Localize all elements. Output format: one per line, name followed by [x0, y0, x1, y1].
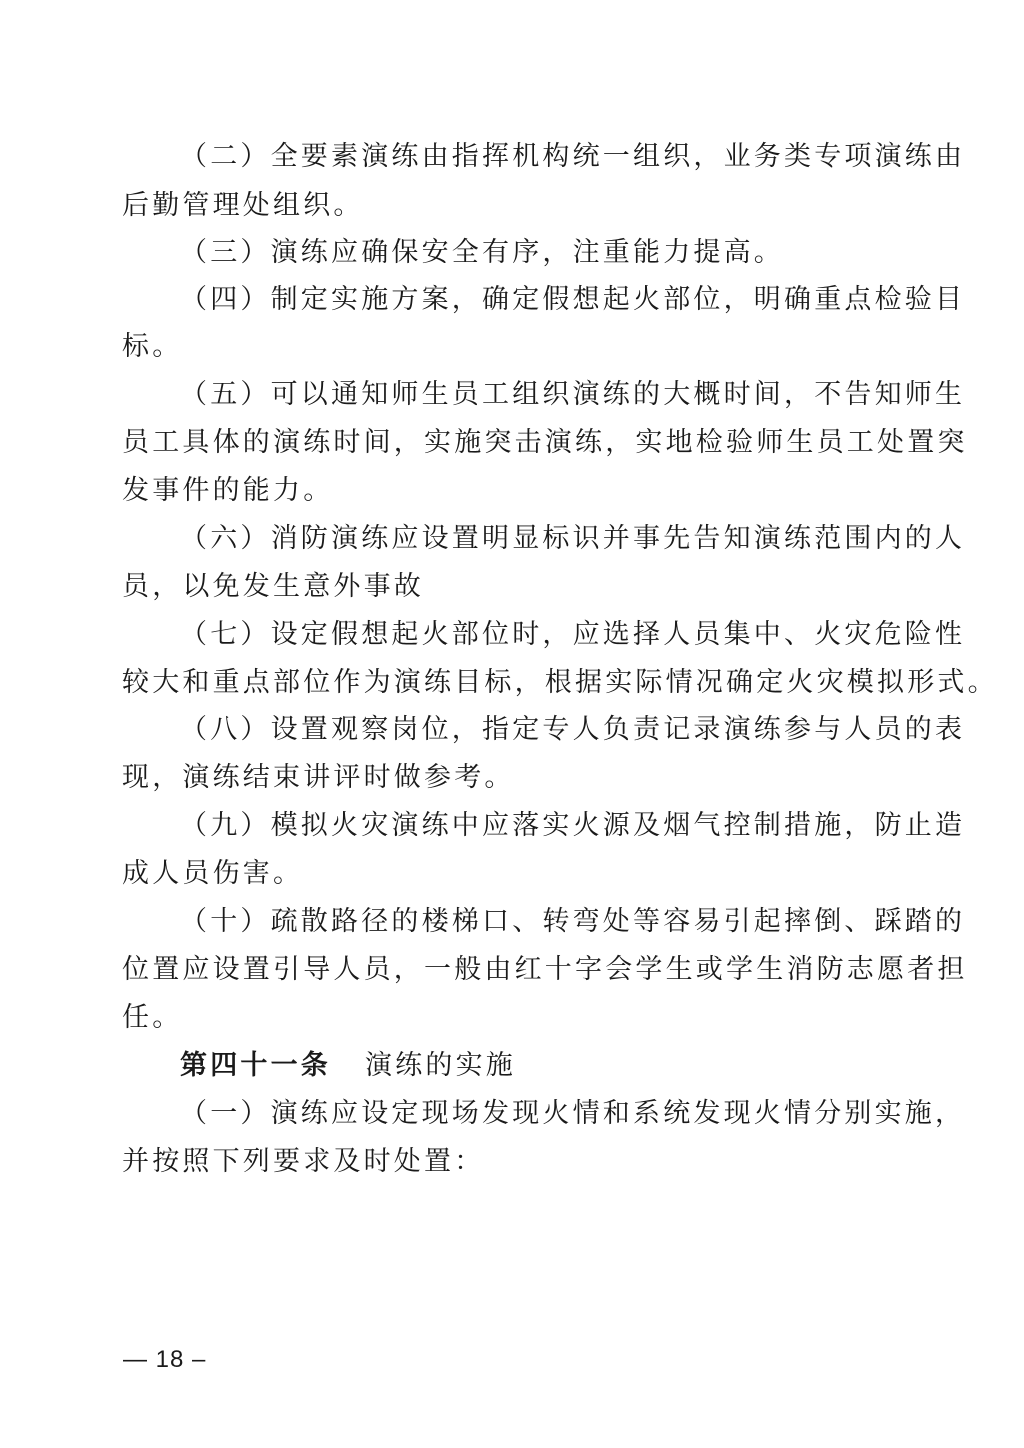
text-line: （五）可以通知师生员工组织演练的大概时间，不告知师生: [180, 378, 965, 412]
text-line: 标。: [122, 330, 182, 364]
text-line: （十）疏散路径的楼梯口、转弯处等容易引起摔倒、踩踏的: [180, 905, 965, 939]
text-line: （二）全要素演练由指挥机构统一组织，业务类专项演练由: [180, 140, 965, 174]
text-line: 后勤管理处组织。: [122, 189, 364, 223]
text-line: （六）消防演练应设置明显标识并事先告知演练范围内的人: [180, 522, 965, 556]
text-line: 任。: [122, 1001, 182, 1035]
text-line: （三）演练应确保安全有序，注重能力提高。: [180, 236, 784, 270]
text-line: 现，演练结束讲评时做参考。: [122, 761, 515, 795]
text-line: 较大和重点部位作为演练目标，根据实际情况确定火灾模拟形式。: [122, 666, 998, 700]
text-line: （八）设置观察岗位，指定专人负责记录演练参与人员的表: [180, 713, 965, 747]
article-heading: 第四十一条演练的实施: [180, 1049, 516, 1083]
article-number: 第四十一条: [180, 1050, 331, 1081]
text-line: 位置应设置引导人员，一般由红十字会学生或学生消防志愿者担: [122, 953, 968, 987]
page-number: — 18 –: [123, 1346, 206, 1374]
text-line: 成人员伤害。: [122, 857, 303, 891]
article-title: 演练的实施: [365, 1050, 516, 1081]
text-line: （四）制定实施方案，确定假想起火部位，明确重点检验目: [180, 283, 965, 317]
text-line: （九）模拟火灾演练中应落实火源及烟气控制措施，防止造: [180, 809, 965, 843]
text-line: 并按照下列要求及时处置：: [122, 1145, 484, 1179]
document-page: （二）全要素演练由指挥机构统一组织，业务类专项演练由 后勤管理处组织。 （三）演…: [0, 0, 1024, 1448]
text-line: 发事件的能力。: [122, 474, 333, 508]
text-line: 员工具体的演练时间，实施突击演练，实地检验师生员工处置突: [122, 426, 968, 460]
text-line: （一）演练应设定现场发现火情和系统发现火情分别实施，: [180, 1097, 965, 1131]
text-line: （七）设定假想起火部位时，应选择人员集中、火灾危险性: [180, 618, 965, 652]
text-line: 员，以免发生意外事故: [122, 570, 424, 604]
